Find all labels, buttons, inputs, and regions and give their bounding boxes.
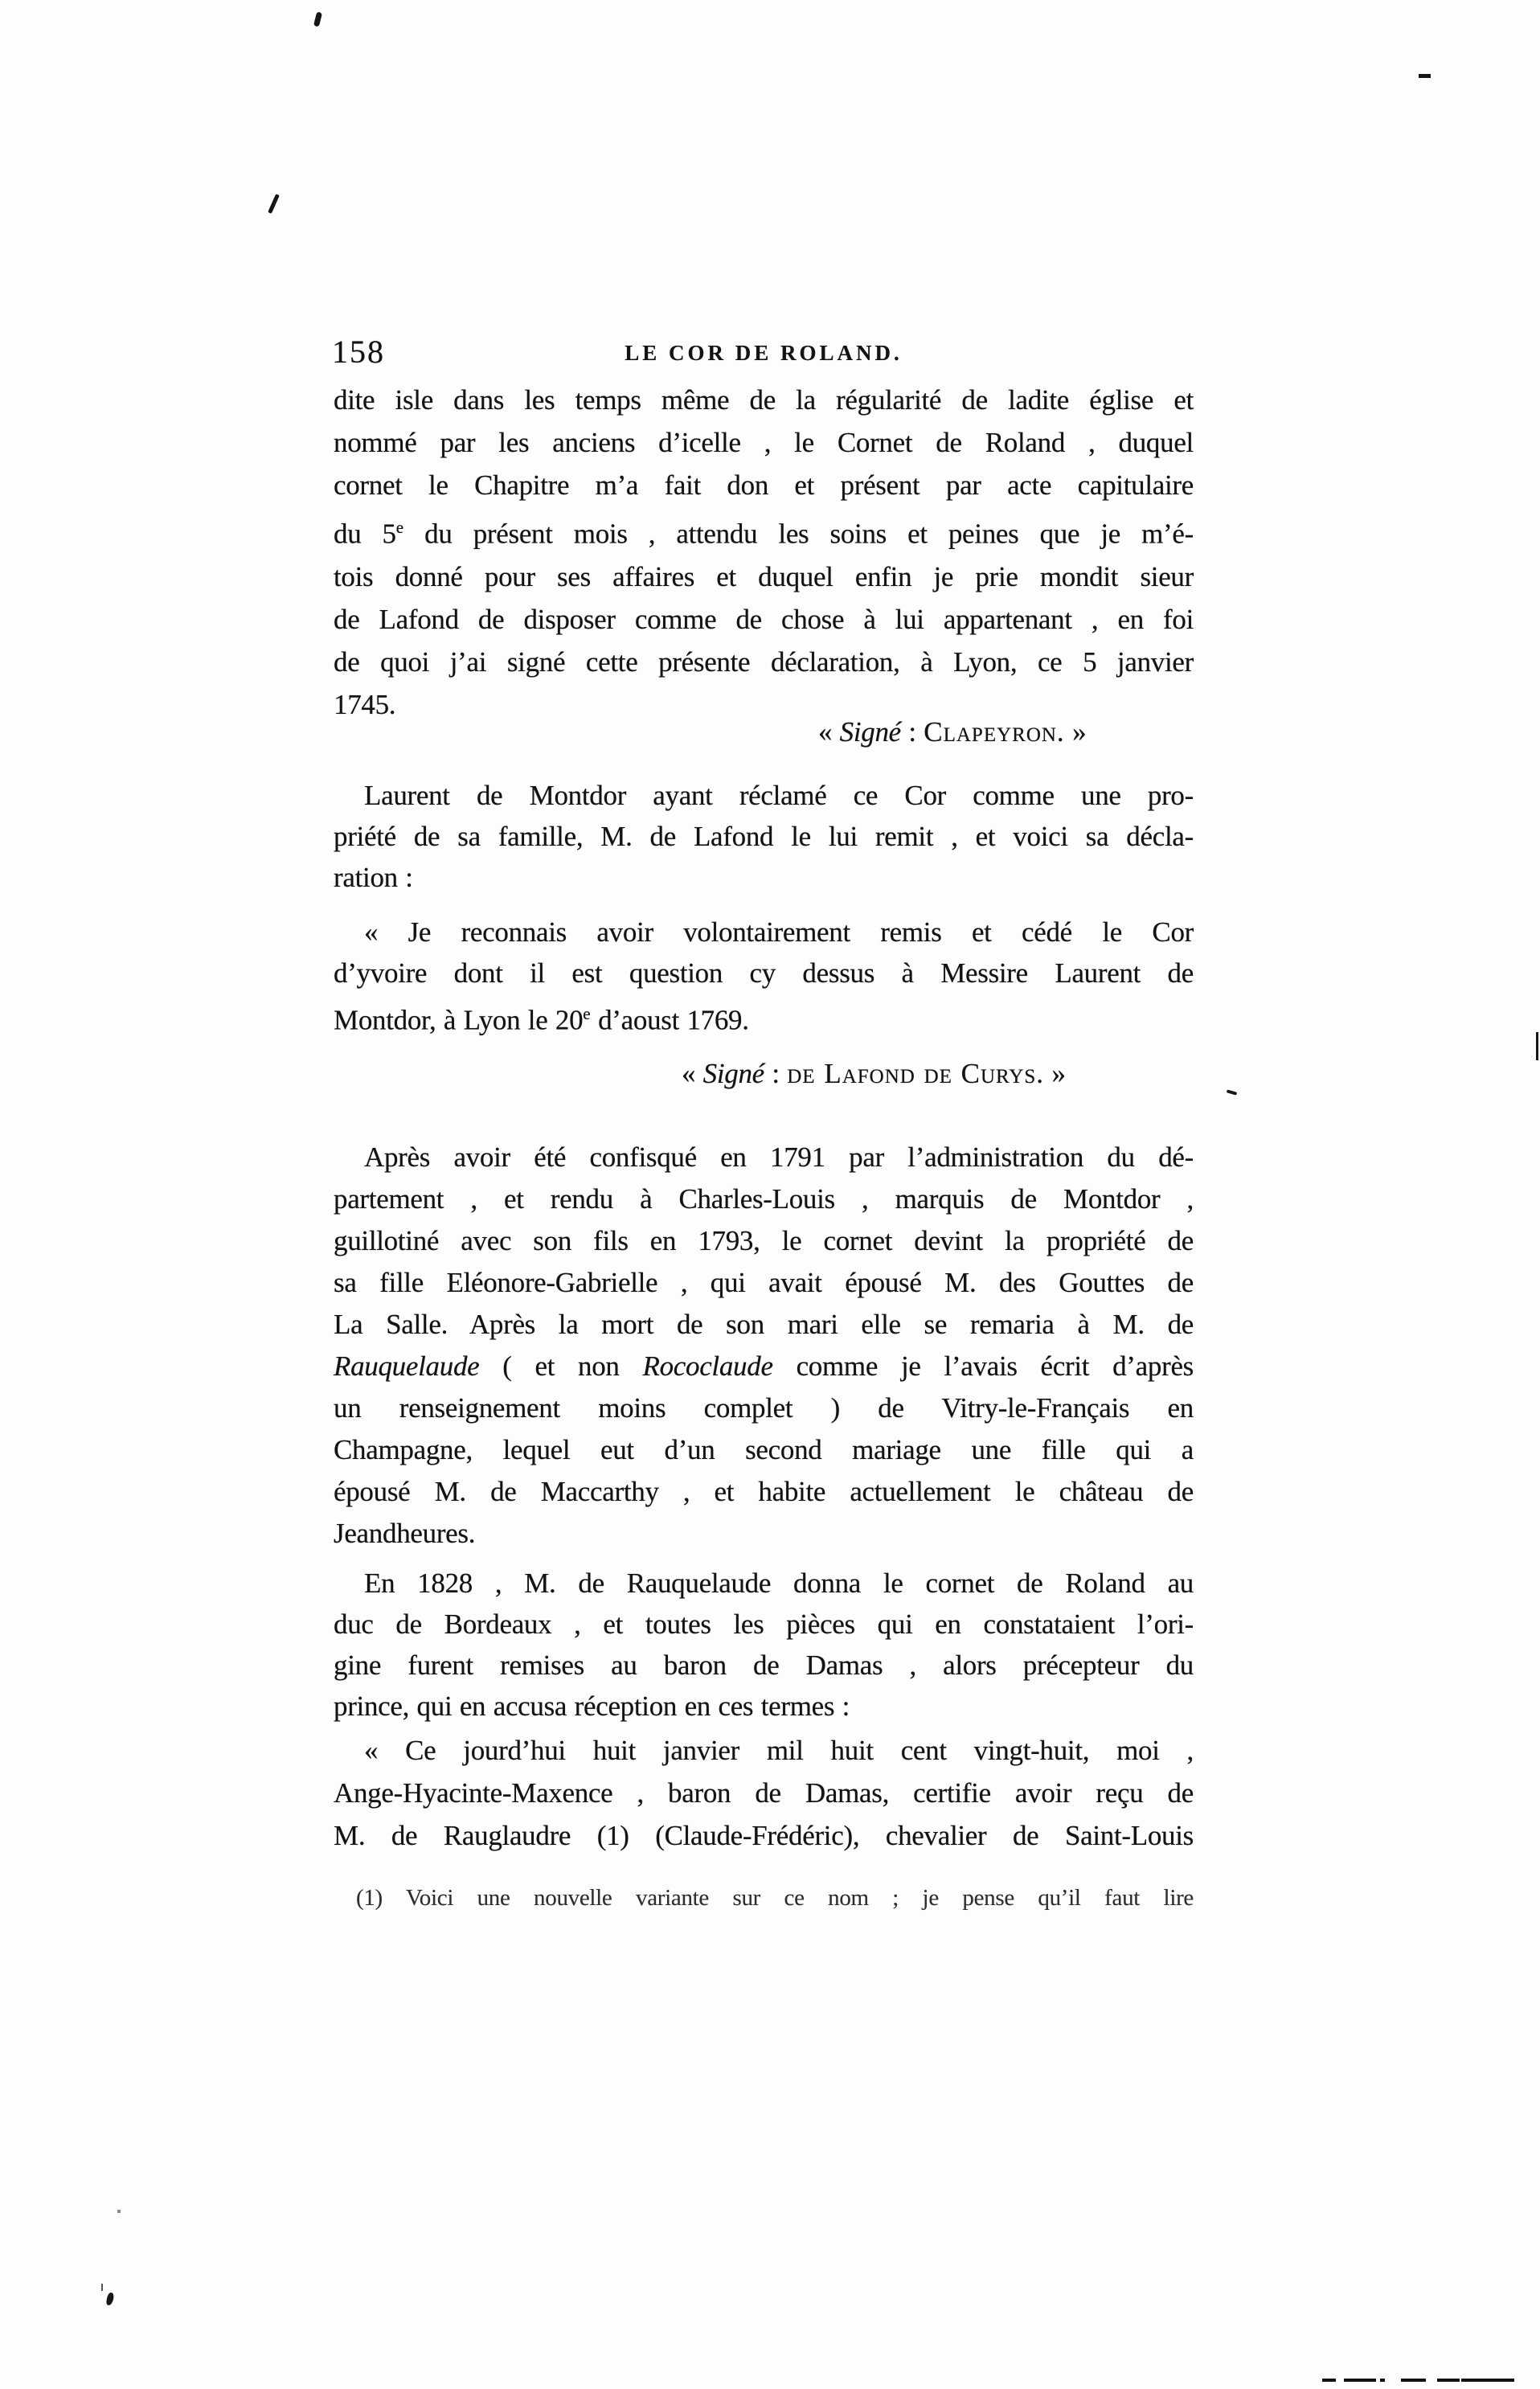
text-line: ration :	[334, 857, 1194, 898]
text-column: dite isle dans les temps même de la régu…	[0, 0, 1540, 2389]
text-line: priété de sa famille, M. de Lafond le lu…	[334, 816, 1194, 857]
paragraph-declaration-lafond: « Je reconnais avoir volontairement remi…	[334, 912, 1194, 1041]
text-line: cornet le Chapitre m’a fait don et prése…	[334, 464, 1194, 506]
bottom-scan-line	[0, 2377, 1540, 2385]
text-line: « Je reconnais avoir volontairement remi…	[334, 912, 1194, 953]
paragraph-don-1828: En 1828 , M. de Rauquelaude donna le cor…	[334, 1563, 1194, 1727]
text-line: sa fille Eléonore-Gabrielle , qui avait …	[334, 1262, 1194, 1304]
text-line: Rauquelaude ( et non Rococlaude comme je…	[334, 1346, 1194, 1387]
text-line: Ange-Hyacinte-Maxence , baron de Damas, …	[334, 1772, 1194, 1814]
text-line: « Ce jourd’hui huit janvier mil huit cen…	[334, 1729, 1194, 1772]
ink-speck	[117, 2210, 121, 2213]
text-line: En 1828 , M. de Rauquelaude donna le cor…	[334, 1563, 1194, 1604]
text-line: M. de Rauglaudre (1) (Claude-Frédéric), …	[334, 1814, 1194, 1857]
text-line: Jeandheures.	[334, 1513, 1194, 1555]
text-line: Laurent de Montdor ayant réclamé ce Cor …	[334, 775, 1194, 816]
signature-lafond-de-curys: « Signé : de Lafond de Curys. »	[682, 1056, 1066, 1092]
text-line: de Lafond de disposer comme de chose à l…	[334, 598, 1194, 641]
text-line: Champagne, lequel eut d’un second mariag…	[334, 1429, 1194, 1471]
text-line: gine furent remises au baron de Damas , …	[334, 1645, 1194, 1686]
book-page: 158 LE COR DE ROLAND. dite isle dans les…	[0, 0, 1540, 2389]
text-line: « Signé : de Lafond de Curys. »	[682, 1056, 1066, 1092]
text-line: Après avoir été confisqué en 1791 par l’…	[334, 1137, 1194, 1178]
text-line: épousé M. de Maccarthy , et habite actue…	[334, 1471, 1194, 1513]
text-line: de quoi j’ai signé cette présente déclar…	[334, 641, 1194, 683]
paragraph-laurent-de-montdor: Laurent de Montdor ayant réclamé ce Cor …	[334, 775, 1194, 898]
text-line: Montdor, à Lyon le 20e d’aoust 1769.	[334, 994, 1194, 1041]
text-line: duc de Bordeaux , et toutes les pièces q…	[334, 1604, 1194, 1645]
text-line: d’yvoire dont il est question cy dessus …	[334, 953, 1194, 994]
signature-clapeyron: « Signé : Clapeyron. »	[818, 715, 1086, 750]
text-line: nommé par les anciens d’icelle , le Corn…	[334, 421, 1194, 464]
paragraph-declaration-clapeyron: dite isle dans les temps même de la régu…	[334, 379, 1194, 726]
text-line: du 5e du présent mois , attendu les soin…	[334, 506, 1194, 555]
paragraph-histoire-confiscation: Après avoir été confisqué en 1791 par l’…	[334, 1137, 1194, 1555]
text-line: prince, qui en accusa réception en ces t…	[334, 1686, 1194, 1727]
text-line: guillotiné avec son fils en 1793, le cor…	[334, 1220, 1194, 1262]
text-line: partement , et rendu à Charles-Louis , m…	[334, 1178, 1194, 1220]
text-line: tois donné pour ses affaires et duquel e…	[334, 555, 1194, 598]
text-line: un renseignement moins complet ) de Vitr…	[334, 1387, 1194, 1429]
page-edge-mark	[1536, 1032, 1538, 1060]
ink-dash	[1419, 74, 1431, 78]
text-line: (1) Voici une nouvelle variante sur ce n…	[356, 1882, 1194, 1914]
footnote-1: (1) Voici une nouvelle variante sur ce n…	[356, 1882, 1194, 1914]
ink-tick	[101, 2284, 103, 2291]
text-line: dite isle dans les temps même de la régu…	[334, 379, 1194, 421]
paragraph-recu-damas: « Ce jourd’hui huit janvier mil huit cen…	[334, 1729, 1194, 1857]
text-line: « Signé : Clapeyron. »	[818, 715, 1086, 750]
text-line: La Salle. Après la mort de son mari elle…	[334, 1304, 1194, 1346]
